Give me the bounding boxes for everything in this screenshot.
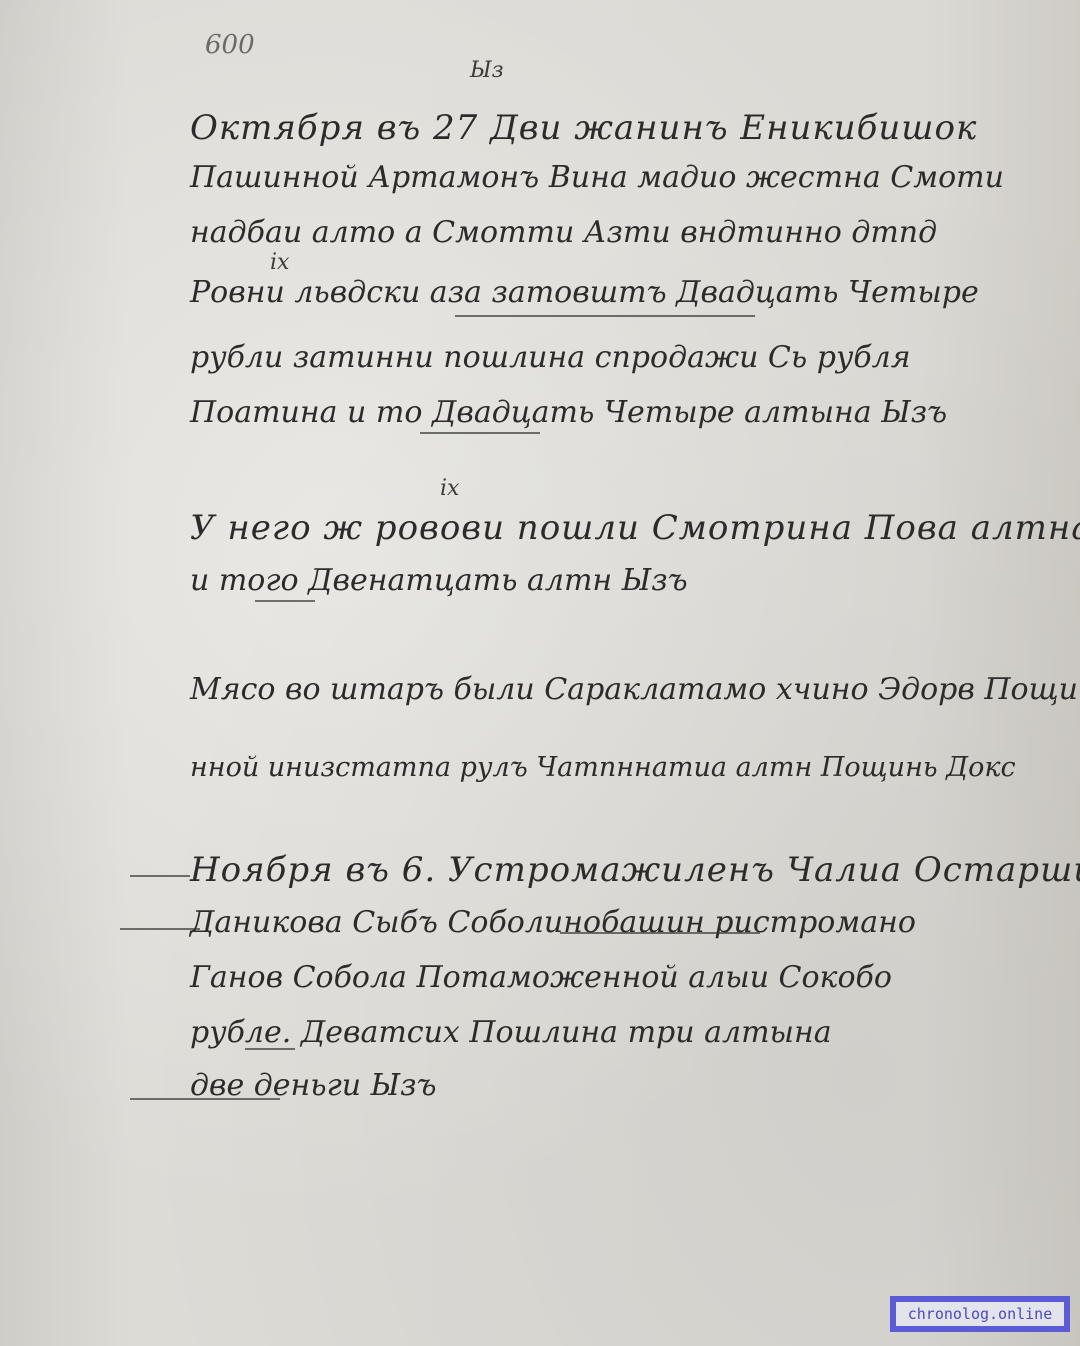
underline bbox=[420, 432, 540, 434]
entry-1-line-2: Пашинной Артамонъ Вина мадио жестна Смот… bbox=[190, 160, 1004, 195]
superscript-mark: ix bbox=[270, 250, 289, 275]
entry-4-line-4: рубле. Деватсих Пошлина три алтына bbox=[190, 1015, 832, 1050]
entry-4-line-3: Ганов Собола Потаможенной алыи Сокобо bbox=[190, 960, 892, 995]
margin-stroke bbox=[130, 875, 190, 877]
underline bbox=[130, 1098, 280, 1100]
entry-1-line-5: рубли затинни пошлина спродажи Сь рубля bbox=[190, 340, 911, 375]
superscript-mark: Ыз bbox=[470, 58, 504, 83]
watermark-text: chronolog.online bbox=[896, 1302, 1064, 1326]
entry-1-line-4: Ровни львдски аза затовштъ Двадцать Четы… bbox=[190, 275, 979, 310]
underline bbox=[560, 932, 760, 934]
entry-4-line-2: Даникова Сыбъ Соболинобашин ристромано bbox=[190, 905, 916, 940]
entry-1-line-1: Октября въ 27 Дви жанинъ Еникибишок bbox=[190, 108, 977, 148]
entry-2-line-2: и того Двенатцать алтн Ызъ bbox=[190, 563, 688, 598]
underline bbox=[255, 600, 315, 602]
underline bbox=[455, 315, 755, 317]
entry-4-line-1: Ноября въ 6. Устромажиленъ Чалиа Остарши… bbox=[190, 850, 1080, 890]
entry-3-line-1: Мясо во штаръ были Сараклатамо хчино Эдо… bbox=[190, 672, 1080, 707]
underline bbox=[245, 1048, 295, 1050]
folio-number: 600 bbox=[205, 30, 255, 60]
entry-1-line-6: Поатина и то Двадцать Четыре алтына Ызъ bbox=[190, 395, 947, 430]
entry-2-line-1: У него ж ровови пошли Смотрина Пова алтн… bbox=[190, 508, 1080, 548]
entry-3-line-2: нной инизстатпа рулъ Чатпннатиа алтн Пощ… bbox=[190, 752, 1016, 783]
margin-stroke bbox=[120, 928, 200, 930]
manuscript-page: 600 Ыз Октября въ 27 Дви жанинъ Еникибиш… bbox=[0, 0, 1080, 1346]
superscript-mark: ix bbox=[440, 476, 459, 501]
entry-1-line-3: надбаи алто а Смотти Азти вндтинно дтпд bbox=[190, 215, 937, 250]
watermark-badge: chronolog.online bbox=[890, 1296, 1070, 1332]
